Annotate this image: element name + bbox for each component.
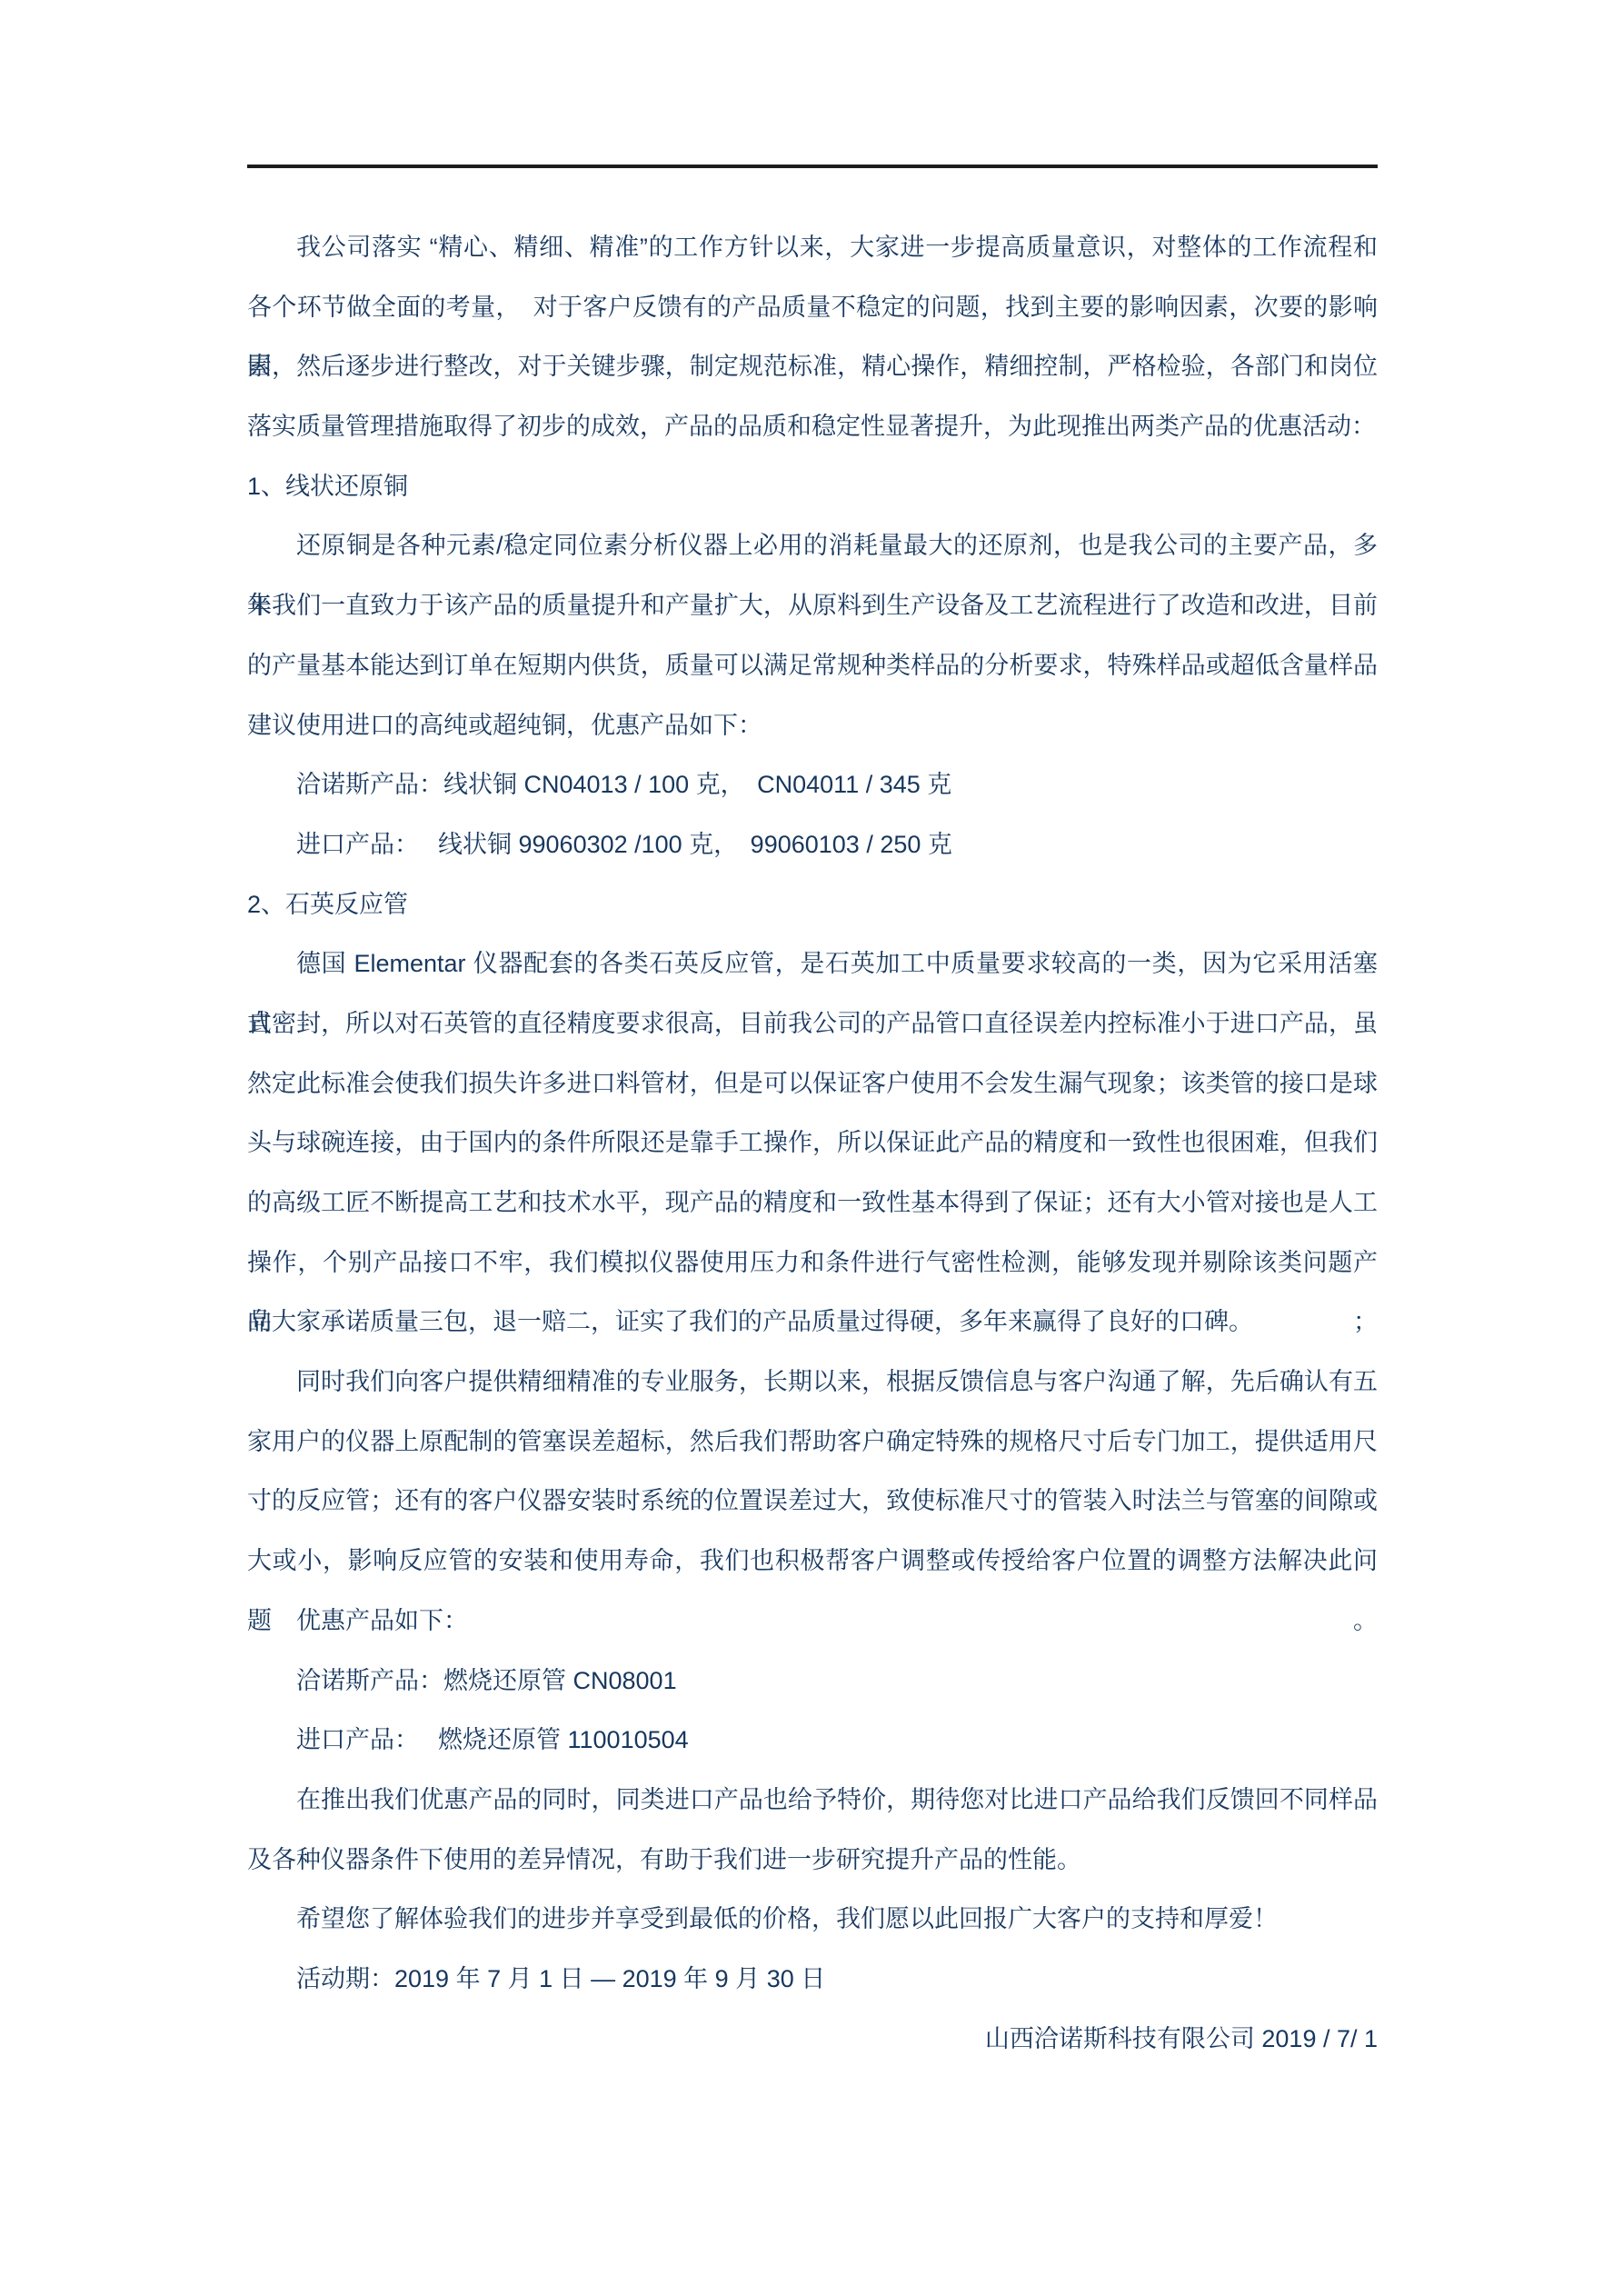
paragraph-line: 头与球碗连接，由于国内的条件所限还是靠手工操作，所以保证此产品的精度和一致性也很… — [247, 1113, 1378, 1173]
paragraph-line: 的高级工匠不断提高工艺和技术水平，现产品的精度和一致性基本得到了保证；还有大小管… — [247, 1173, 1378, 1233]
paragraph-line: 素，然后逐步进行整改，对于关键步骤，制定规范标准，精心操作，精细控制，严格检验，… — [247, 337, 1378, 397]
paragraph-line: 自密封，所以对石英管的直径精度要求很高，目前我公司的产品管口直径误差内控标准小于… — [247, 994, 1378, 1054]
product-offer-line: 洽诺斯产品：燃烧还原管 CN08001 — [247, 1652, 1378, 1712]
signature-line: 山西洽诺斯科技有限公司 2019 / 7/ 1 — [247, 2010, 1378, 2070]
product-offer-line: 洽诺斯产品：线状铜 CN04013 / 100 克， CN04011 / 345… — [247, 755, 1378, 815]
horizontal-rule — [247, 165, 1378, 168]
paragraph-line: 及各种仪器条件下使用的差异情况，有助于我们进一步研究提升产品的性能。 — [247, 1831, 1378, 1891]
paragraph-line: 建议使用进口的高纯或超纯铜，优惠产品如下： — [247, 696, 1378, 756]
paragraph-line: 寸的反应管；还有的客户仪器安装时系统的位置误差过大，致使标准尺寸的管装入时法兰与… — [247, 1472, 1378, 1532]
paragraph-line: 各个环节做全面的考量， 对于客户反馈有的产品质量不稳定的问题，找到主要的影响因素… — [247, 278, 1378, 338]
product-offer-line: 进口产品： 燃烧还原管 110010504 — [247, 1711, 1378, 1771]
product-offer-line: 进口产品： 线状铜 99060302 /100 克， 99060103 / 25… — [247, 815, 1378, 875]
paragraph-line: 操作，个别产品接口不牢，我们模拟仪器使用压力和条件进行气密性检测，能够发现并剔除… — [247, 1233, 1378, 1293]
document-body: 我公司落实 “精心、精细、精准”的工作方针以来，大家进一步提高质量意识，对整体的… — [247, 218, 1378, 2069]
paragraph-line: 我公司落实 “精心、精细、精准”的工作方针以来，大家进一步提高质量意识，对整体的… — [247, 218, 1378, 278]
section-heading-2: 2、石英反应管 — [247, 875, 1378, 935]
document-page: 我公司落实 “精心、精细、精准”的工作方针以来，大家进一步提高质量意识，对整体的… — [0, 0, 1623, 2296]
paragraph-line: 然定此标准会使我们损失许多进口料管材，但是可以保证客户使用不会发生漏气现象；该类… — [247, 1054, 1378, 1114]
paragraph-line: 来我们一直致力于该产品的质量提升和产量扩大，从原料到生产设备及工艺流程进行了改造… — [247, 576, 1378, 636]
section-heading-1: 1、线状还原铜 — [247, 457, 1378, 517]
paragraph-line: 还原铜是各种元素/稳定同位素分析仪器上必用的消耗量最大的还原剂，也是我公司的主要… — [247, 516, 1378, 576]
paragraph-line: 德国 Elementar 仪器配套的各类石英反应管，是石英加工中质量要求较高的一… — [247, 934, 1378, 994]
promo-period-line: 活动期：2019 年 7 月 1 日 — 2019 年 9 月 30 日 — [247, 1950, 1378, 2010]
paragraph-line: 的产量基本能达到订单在短期内供货，质量可以满足常规种类样品的分析要求，特殊样品或… — [247, 636, 1378, 696]
paragraph-line: 家用户的仪器上原配制的管塞误差超标，然后我们帮助客户确定特殊的规格尺寸后专门加工… — [247, 1413, 1378, 1472]
paragraph-line: 大或小，影响反应管的安装和使用寿命，我们也积极帮客户调整或传授给客户位置的调整方… — [247, 1532, 1378, 1592]
paragraph-line: 落实质量管理措施取得了初步的成效，产品的品质和稳定性显著提升，为此现推出两类产品… — [247, 397, 1378, 457]
paragraph-line: 在推出我们优惠产品的同时，同类进口产品也给予特价，期待您对比进口产品给我们反馈回… — [247, 1771, 1378, 1831]
paragraph-line: 向大家承诺质量三包，退一赔二，证实了我们的产品质量过得硬，多年来赢得了良好的口碑… — [247, 1293, 1378, 1353]
paragraph-line: 希望您了解体验我们的进步并享受到最低的价格，我们愿以此回报广大客户的支持和厚爱！ — [247, 1890, 1378, 1950]
paragraph-line: 同时我们向客户提供精细精准的专业服务，长期以来，根据反馈信息与客户沟通了解，先后… — [247, 1353, 1378, 1413]
